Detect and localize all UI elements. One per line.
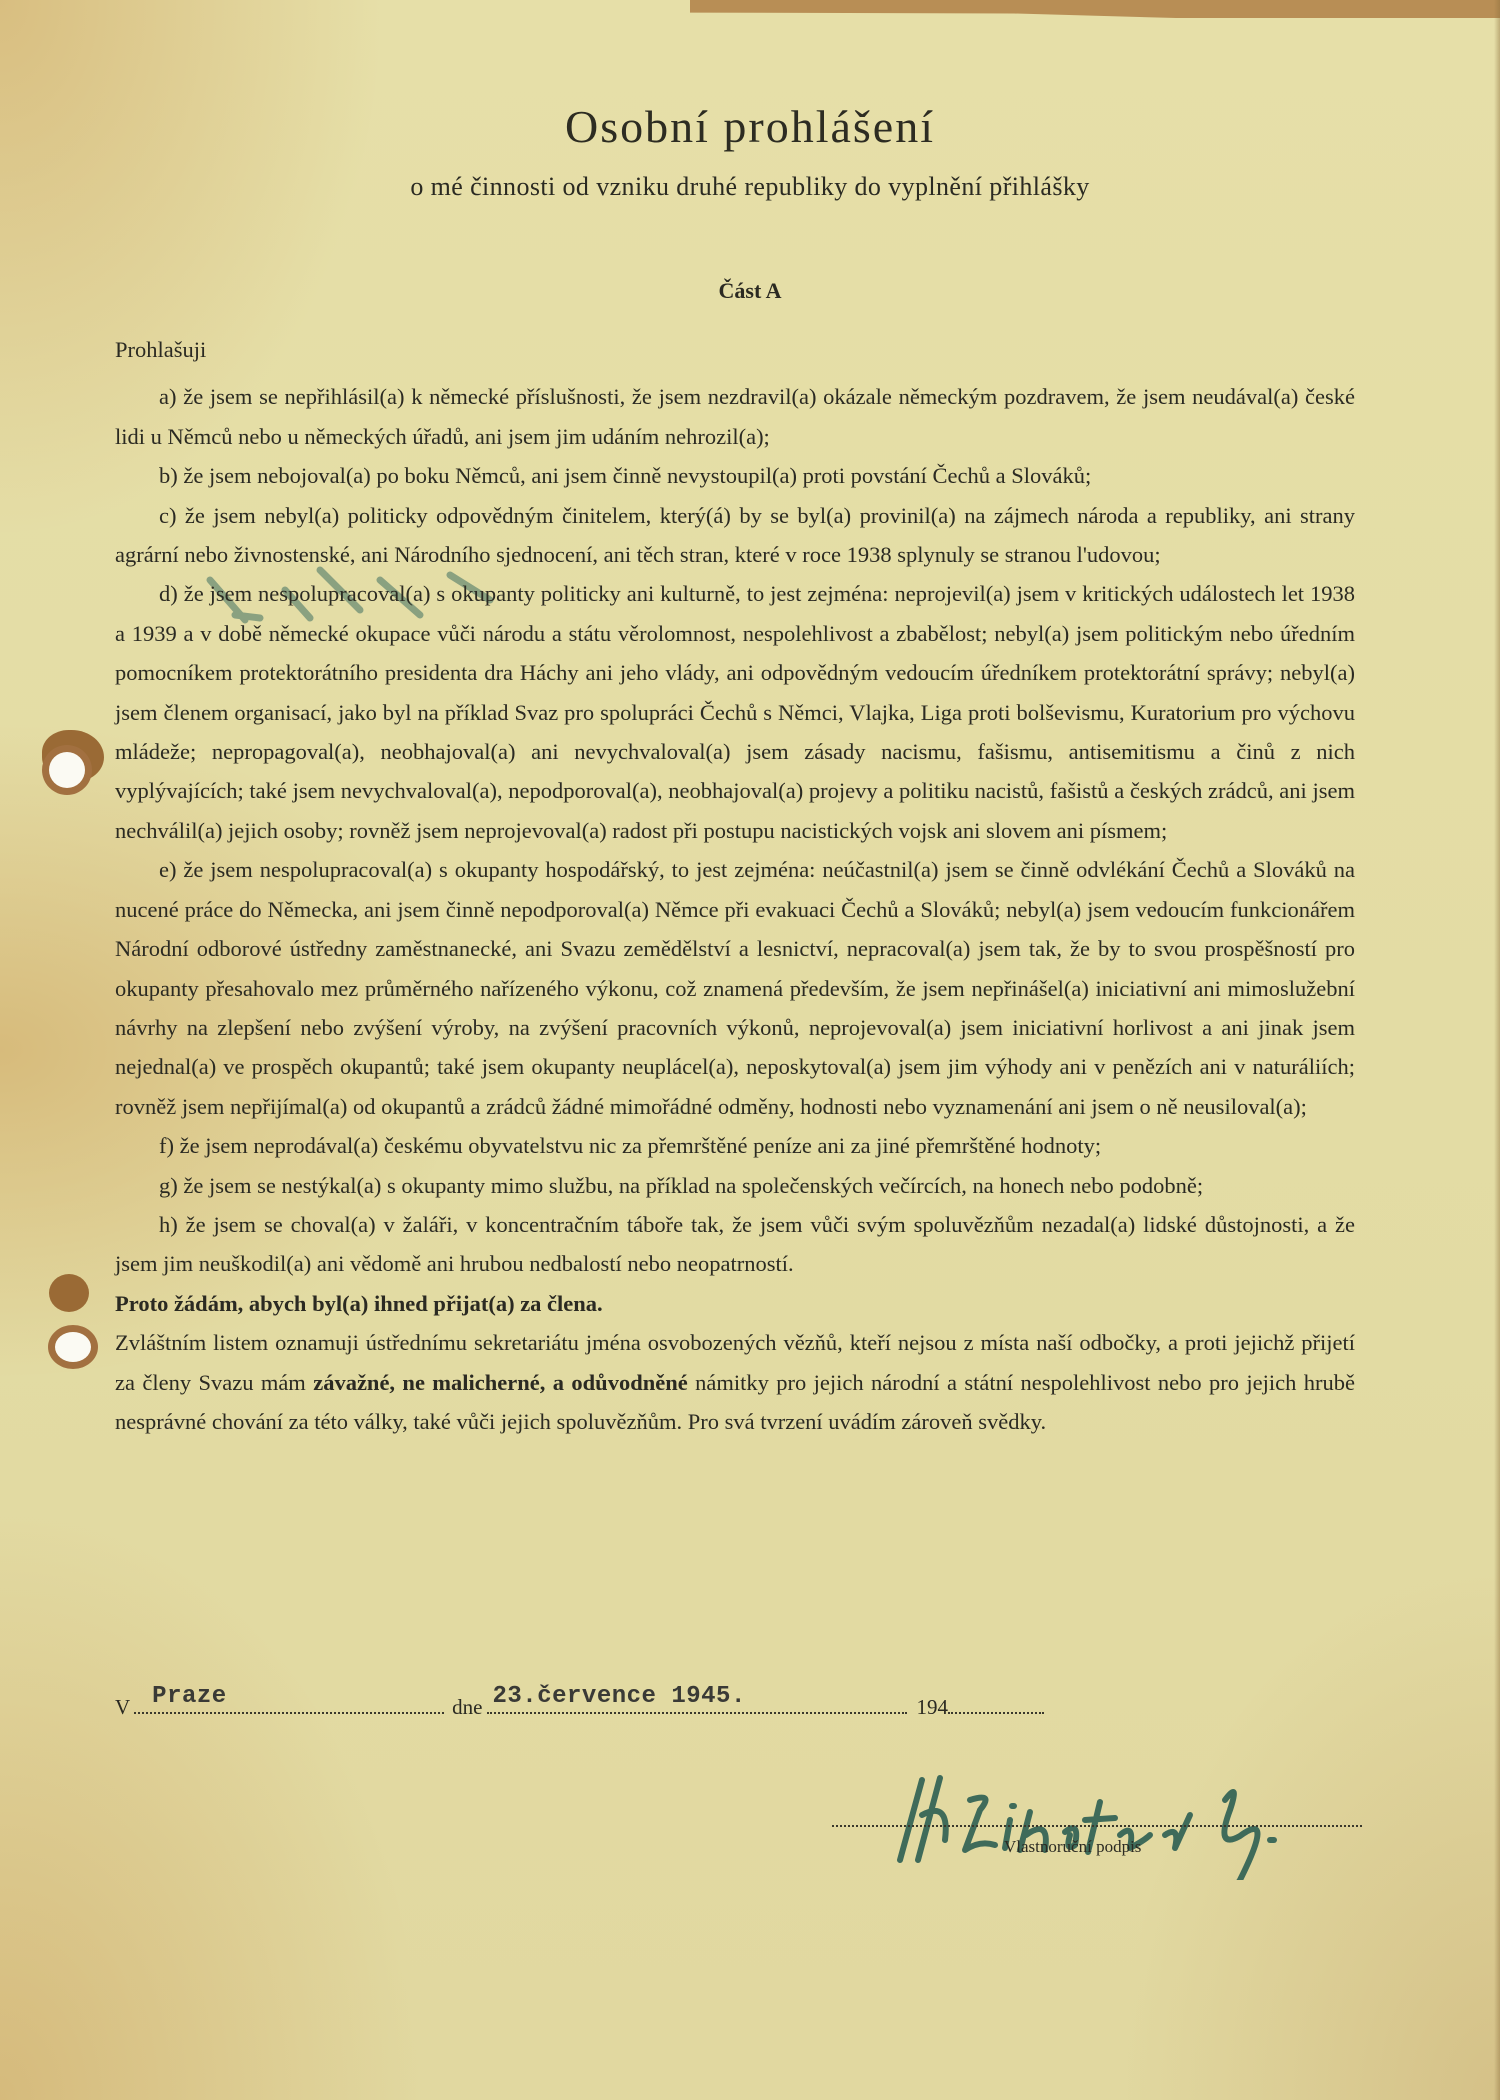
declaration-item: d) že jsem nespolupracoval(a) s okupanty…: [115, 574, 1355, 850]
closing-emphasis: závažné, ne malicherné, a odůvodněné: [313, 1370, 688, 1395]
item-marker: g): [159, 1173, 178, 1198]
paper-right-edge: [1494, 0, 1500, 2100]
date-value: 23.července 1945.: [493, 1683, 746, 1710]
document-subtitle: o mé činnosti od vzniku druhé republiky …: [0, 172, 1500, 202]
declaration-item: g) že jsem se nestýkal(a) s okupanty mim…: [115, 1166, 1355, 1205]
section-heading: Část A: [0, 278, 1500, 304]
item-text: že jsem se nepřihlásil(a) k německé přís…: [115, 384, 1355, 448]
item-marker: d): [159, 581, 178, 606]
date-field[interactable]: 23.července 1945.: [487, 1690, 907, 1714]
declaration-item: f) že jsem neprodával(a) českému obyvate…: [115, 1126, 1355, 1165]
item-text: že jsem se choval(a) v žaláři, v koncent…: [115, 1212, 1355, 1276]
item-marker: a): [159, 384, 176, 409]
punch-hole-upper: [49, 752, 85, 788]
declaration-item: h) že jsem se choval(a) v žaláři, v konc…: [115, 1205, 1355, 1284]
place-date-line: V Praze dne 23.července 1945. 194: [115, 1690, 1115, 1724]
date-label: dne: [452, 1695, 482, 1720]
place-value: Praze: [152, 1683, 227, 1710]
item-marker: b): [159, 463, 178, 488]
declaration-items: a) že jsem se nepřihlásil(a) k německé p…: [115, 377, 1355, 1283]
item-text: že jsem nespolupracoval(a) s okupanty po…: [115, 581, 1355, 842]
item-text: že jsem nebyl(a) politicky odpovědným či…: [115, 503, 1355, 567]
declaration-item: e) že jsem nespolupracoval(a) s okupanty…: [115, 850, 1355, 1126]
year-prefix: 194: [917, 1695, 949, 1720]
item-marker: c): [159, 503, 176, 528]
item-marker: f): [159, 1133, 174, 1158]
signature-label: Vlastnoruční podpis: [1004, 1837, 1141, 1857]
item-marker: e): [159, 857, 176, 882]
declaration-body: Prohlašuji a) že jsem se nepřihlásil(a) …: [115, 330, 1355, 1441]
item-text: že jsem neprodával(a) českému obyvatelst…: [180, 1133, 1102, 1158]
place-label: V: [115, 1695, 130, 1720]
rust-stain: [49, 1274, 89, 1312]
declaration-lead: Prohlašuji: [115, 330, 1355, 369]
item-text: že jsem nespolupracoval(a) s okupanty ho…: [115, 857, 1355, 1118]
handwritten-signature: [830, 1740, 1370, 1880]
declaration-item: c) že jsem nebyl(a) politicky odpovědným…: [115, 496, 1355, 575]
membership-request: Proto žádám, abych byl(a) ihned přijat(a…: [115, 1284, 1355, 1323]
document-title: Osobní prohlášení: [0, 100, 1500, 153]
item-text: že jsem nebojoval(a) po boku Němců, ani …: [183, 463, 1091, 488]
declaration-item: a) že jsem se nepřihlásil(a) k německé p…: [115, 377, 1355, 456]
year-field[interactable]: [948, 1690, 1044, 1714]
place-field[interactable]: Praze: [134, 1690, 444, 1714]
punch-hole-lower: [55, 1332, 91, 1362]
item-marker: h): [159, 1212, 178, 1237]
item-text: že jsem se nestýkal(a) s okupanty mimo s…: [183, 1173, 1203, 1198]
closing-paragraph: Zvláštním listem oznamuji ústřednímu sek…: [115, 1323, 1355, 1441]
declaration-item: b) že jsem nebojoval(a) po boku Němců, a…: [115, 456, 1355, 495]
signature-line[interactable]: [832, 1825, 1362, 1827]
